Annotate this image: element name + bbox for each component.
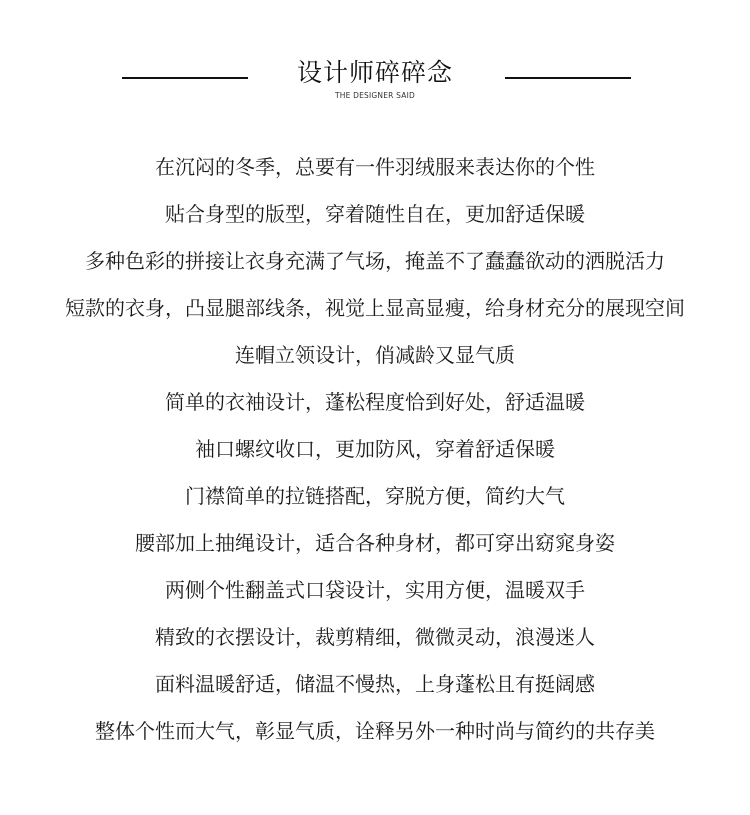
description-line-9: 腰部加上抽绳设计，适合各种身材，都可穿出窈窕身姿 [0,528,750,575]
section-subtitle: THE DESIGNER SAID [0,91,750,101]
description-line-11: 精致的衣摆设计，裁剪精细，微微灵动，浪漫迷人 [0,622,750,669]
description-line-2: 贴合身型的版型，穿着随性自在，更加舒适保暖 [0,199,750,246]
description-line-3: 多种色彩的拼接让衣身充满了气场，掩盖不了蠢蠢欲动的洒脱活力 [0,246,750,293]
description-lines: 在沉闷的冬季，总要有一件羽绒服来表达你的个性 贴合身型的版型，穿着随性自在，更加… [0,152,750,763]
description-line-4: 短款的衣身，凸显腿部线条，视觉上显高显瘦，给身材充分的展现空间 [0,293,750,340]
description-line-7: 袖口螺纹收口，更加防风，穿着舒适保暖 [0,434,750,481]
description-line-13: 整体个性而大气，彰显气质，诠释另外一种时尚与简约的共存美 [0,716,750,763]
section-header: 设计师碎碎念 THE DESIGNER SAID [0,0,750,110]
description-line-5: 连帽立领设计，俏减龄又显气质 [0,340,750,387]
description-line-10: 两侧个性翻盖式口袋设计，实用方便，温暖双手 [0,575,750,622]
description-line-1: 在沉闷的冬季，总要有一件羽绒服来表达你的个性 [0,152,750,199]
description-line-8: 门襟简单的拉链搭配，穿脱方便，简约大气 [0,481,750,528]
section-title: 设计师碎碎念 [0,56,750,90]
right-divider-line [505,77,631,79]
description-line-12: 面料温暖舒适，储温不慢热，上身蓬松且有挺阔感 [0,669,750,716]
description-line-6: 简单的衣袖设计，蓬松程度恰到好处，舒适温暖 [0,387,750,434]
